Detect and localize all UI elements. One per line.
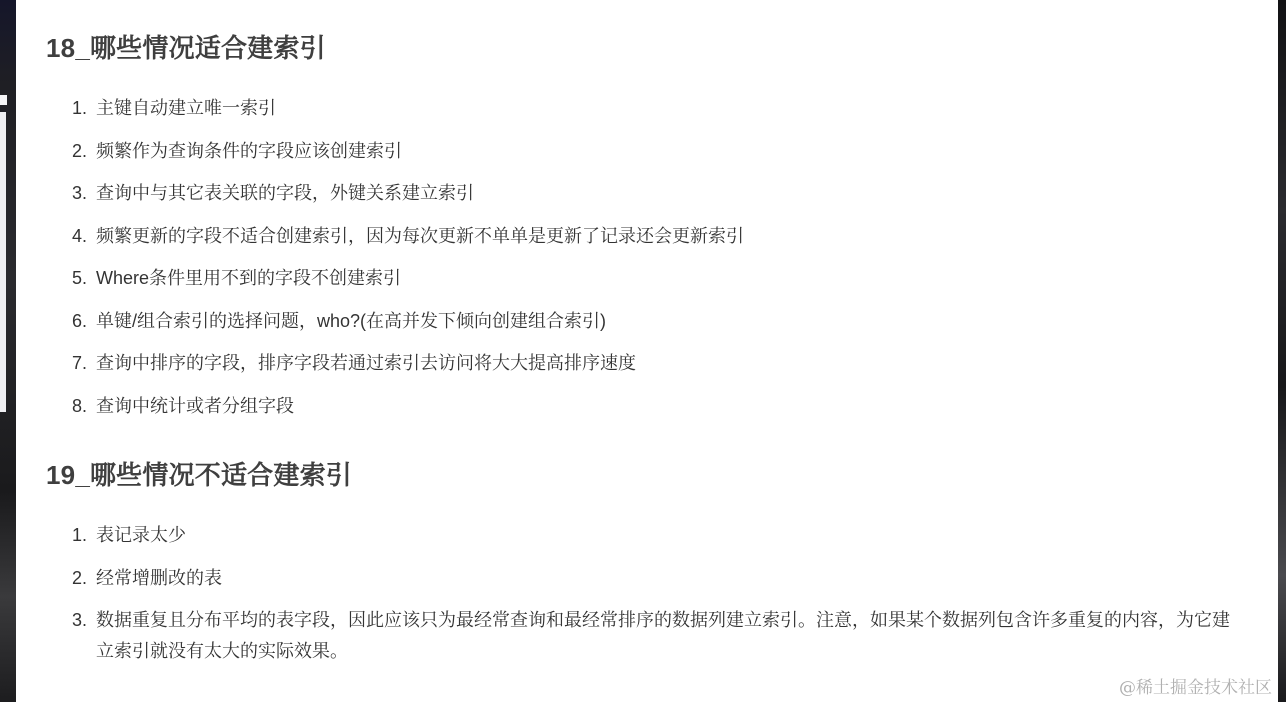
section-heading-suitable-index: 18_哪些情况适合建索引 <box>46 28 326 65</box>
list-number: 2. <box>72 136 87 166</box>
list-text: 数据重复且分布平均的表字段，因此应该只为最经常查询和最经常排序的数据列建立索引。… <box>96 610 1230 661</box>
list-number: 6. <box>72 306 87 336</box>
list-item: 2.经常增删改的表 <box>46 563 1246 593</box>
list-text: 频繁更新的字段不适合创建索引，因为每次更新不单单是更新了记录还会更新索引 <box>96 226 744 246</box>
list-item: 3.查询中与其它表关联的字段，外键关系建立索引 <box>46 178 1246 208</box>
background-window-panel <box>0 112 6 412</box>
list-text: 频繁作为查询条件的字段应该创建索引 <box>96 141 402 161</box>
list-text: 经常增删改的表 <box>96 568 222 588</box>
list-text: 主键自动建立唯一索引 <box>96 98 276 118</box>
list-number: 1. <box>72 93 87 123</box>
suitable-index-list: 1.主键自动建立唯一索引 2.频繁作为查询条件的字段应该创建索引 3.查询中与其… <box>46 93 1246 421</box>
list-number: 3. <box>72 605 87 636</box>
section-heading-unsuitable-index: 19_哪些情况不适合建索引 <box>46 455 352 492</box>
background-right-edge <box>1278 0 1286 702</box>
background-window-fragment <box>0 95 7 105</box>
list-number: 5. <box>72 263 87 293</box>
list-text: Where条件里用不到的字段不创建索引 <box>96 268 401 288</box>
list-item: 6.单键/组合索引的选择问题，who?(在高并发下倾向创建组合索引) <box>46 306 1246 336</box>
list-number: 7. <box>72 348 87 378</box>
list-text: 查询中与其它表关联的字段，外键关系建立索引 <box>96 183 474 203</box>
document-page: 18_哪些情况适合建索引 1.主键自动建立唯一索引 2.频繁作为查询条件的字段应… <box>16 0 1278 702</box>
list-item: 8.查询中统计或者分组字段 <box>46 391 1246 421</box>
list-number: 2. <box>72 563 87 593</box>
list-text: 表记录太少 <box>96 525 186 545</box>
list-number: 4. <box>72 221 87 251</box>
list-item: 1.主键自动建立唯一索引 <box>46 93 1246 123</box>
list-number: 8. <box>72 391 87 421</box>
list-text: 查询中排序的字段，排序字段若通过索引去访问将大大提高排序速度 <box>96 353 636 373</box>
watermark: @稀土掘金技术社区 <box>1119 673 1272 698</box>
list-number: 3. <box>72 178 87 208</box>
list-item: 3.数据重复且分布平均的表字段，因此应该只为最经常查询和最经常排序的数据列建立索… <box>46 605 1236 667</box>
list-text: 查询中统计或者分组字段 <box>96 396 294 416</box>
list-text: 单键/组合索引的选择问题，who?(在高并发下倾向创建组合索引) <box>96 311 606 331</box>
list-item: 1.表记录太少 <box>46 520 1246 550</box>
list-item: 5.Where条件里用不到的字段不创建索引 <box>46 263 1246 293</box>
list-item: 4.频繁更新的字段不适合创建索引，因为每次更新不单单是更新了记录还会更新索引 <box>46 221 1246 251</box>
list-number: 1. <box>72 520 87 550</box>
unsuitable-index-list: 1.表记录太少 2.经常增删改的表 3.数据重复且分布平均的表字段，因此应该只为… <box>46 520 1246 667</box>
list-item: 2.频繁作为查询条件的字段应该创建索引 <box>46 136 1246 166</box>
list-item: 7.查询中排序的字段，排序字段若通过索引去访问将大大提高排序速度 <box>46 348 1246 378</box>
